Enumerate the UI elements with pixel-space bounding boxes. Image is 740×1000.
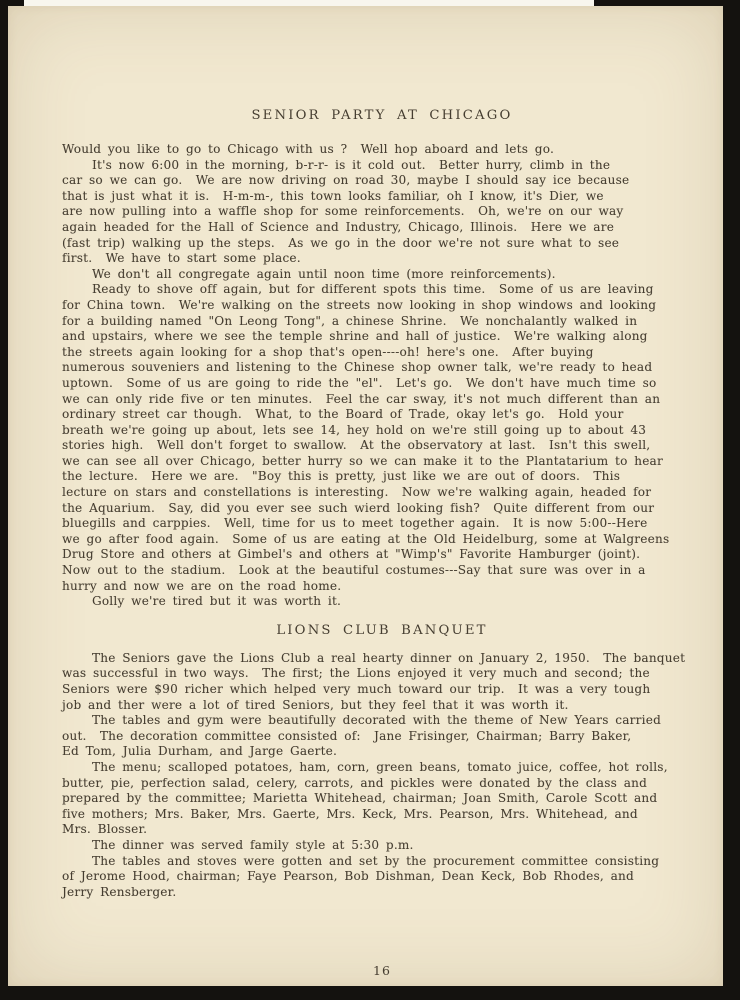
scanned-document: { "colors": { "page-bg": "#f1e8d0", "ink…	[0, 0, 740, 1000]
paragraph: Ready to shove off again, but for differ…	[62, 282, 702, 594]
paragraph: It's now 6:00 in the morning, b-r-r- is …	[62, 158, 702, 267]
article-lions-club: LIONS CLUB BANQUET The Seniors gave the …	[62, 623, 702, 901]
paragraph: The tables and stoves were gotten and se…	[62, 854, 702, 901]
page: SENIOR PARTY AT CHICAGO Would you like t…	[8, 6, 723, 986]
article-title: SENIOR PARTY AT CHICAGO	[62, 108, 702, 123]
paragraph: We don't all congregate again until noon…	[62, 267, 702, 283]
paragraph: The tables and gym were beautifully deco…	[62, 713, 702, 760]
paragraph: The menu; scalloped potatoes, ham, corn,…	[62, 760, 702, 838]
paragraph: The dinner was served family style at 5:…	[62, 838, 702, 854]
paragraph: Would you like to go to Chicago with us …	[62, 142, 702, 158]
article-senior-party: SENIOR PARTY AT CHICAGO Would you like t…	[62, 108, 702, 610]
article-title: LIONS CLUB BANQUET	[62, 623, 702, 638]
page-content: SENIOR PARTY AT CHICAGO Would you like t…	[62, 6, 702, 900]
paragraph: Golly we're tired but it was worth it.	[62, 594, 702, 610]
page-number: 16	[62, 963, 702, 978]
paragraph: The Seniors gave the Lions Club a real h…	[62, 651, 702, 713]
